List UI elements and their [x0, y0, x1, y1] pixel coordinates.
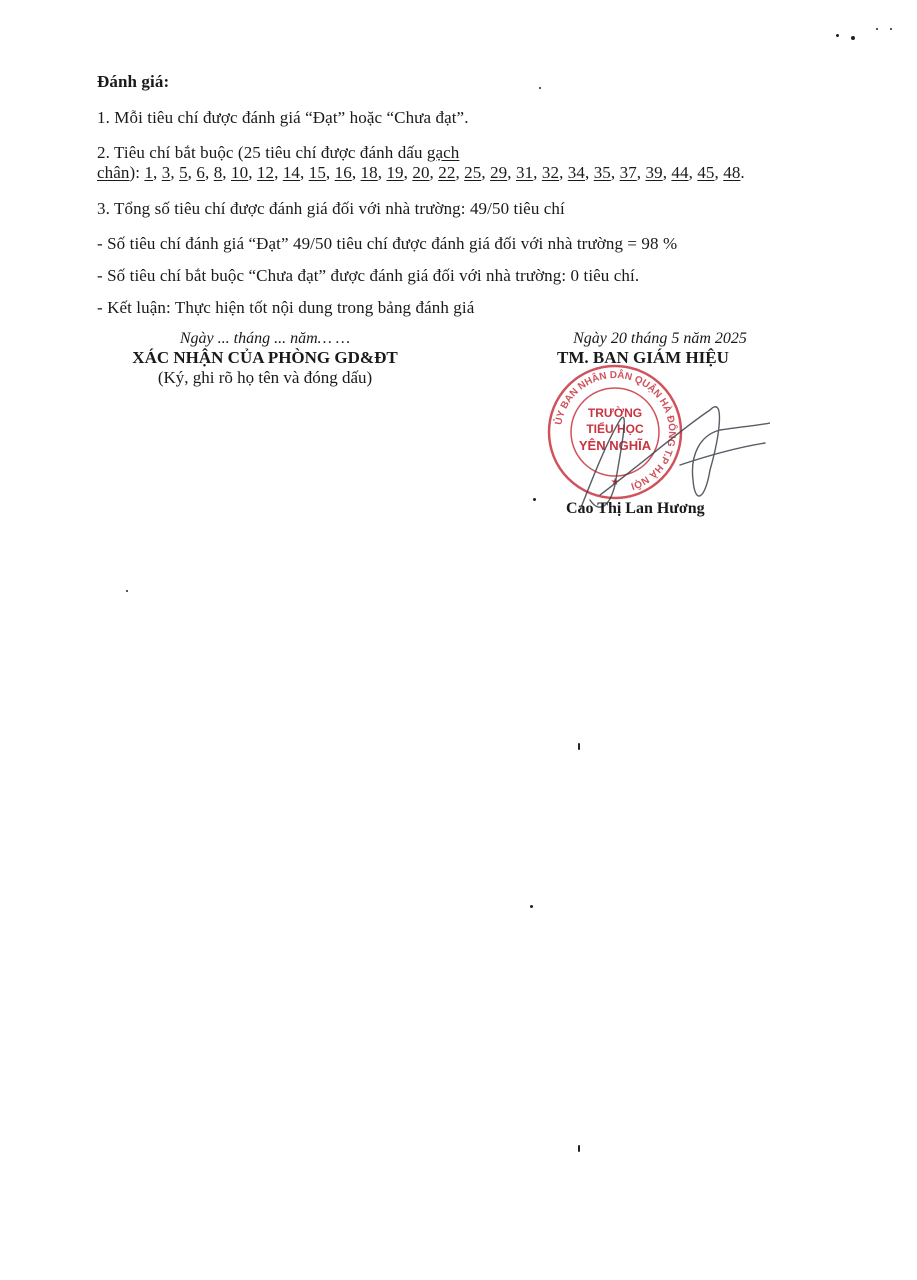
evaluation-conclusion: - Kết luận: Thực hiện tốt nội dung trong…	[97, 298, 474, 318]
criterion-number: 12	[257, 163, 274, 182]
criterion-number: 8	[214, 163, 223, 182]
scan-speck	[836, 34, 839, 37]
criterion-number: 10	[231, 163, 248, 182]
scan-speck	[539, 87, 541, 89]
criterion-number: 5	[179, 163, 188, 182]
criterion-number: 19	[386, 163, 403, 182]
left-date-line: Ngày ... tháng ... năm… …	[110, 330, 420, 348]
criterion-number: 34	[568, 163, 585, 182]
criterion-number: 44	[671, 163, 688, 182]
scan-speck	[578, 743, 580, 750]
scan-speck	[126, 590, 128, 592]
criterion-number: 1	[144, 163, 153, 182]
criterion-number: 16	[335, 163, 352, 182]
criterion-number: 25	[464, 163, 481, 182]
criterion-number: 6	[196, 163, 205, 182]
left-signature-note: (Ký, ghi rõ họ tên và đóng dấu)	[110, 368, 420, 388]
evaluation-bullet-achieved: - Số tiêu chí đánh giá “Đạt” 49/50 tiêu …	[97, 234, 677, 254]
criterion-number: 37	[620, 163, 637, 182]
criterion-number: 32	[542, 163, 559, 182]
item-2-underlined-chan: chân	[97, 163, 130, 182]
evaluation-heading: Đánh giá:	[97, 72, 169, 92]
evaluation-item-3: 3. Tổng số tiêu chí được đánh giá đối vớ…	[97, 199, 565, 219]
criterion-number: 18	[361, 163, 378, 182]
criterion-number: 31	[516, 163, 533, 182]
scan-speck	[533, 498, 536, 501]
item-2-underlined-word: gạch	[427, 143, 460, 162]
criterion-number: 35	[594, 163, 611, 182]
criterion-number: 45	[697, 163, 714, 182]
required-criteria-list: chân): 1, 3, 5, 6, 8, 10, 12, 14, 15, 16…	[97, 163, 745, 183]
criterion-number: 22	[438, 163, 455, 182]
criterion-number: 20	[412, 163, 429, 182]
scan-speck	[851, 36, 855, 40]
evaluation-item-1: 1. Mỗi tiêu chí được đánh giá “Đạt” hoặc…	[97, 108, 469, 128]
scan-speck	[876, 28, 878, 30]
scan-speck	[530, 905, 533, 908]
scan-speck	[578, 1145, 580, 1152]
scan-speck	[890, 28, 892, 30]
criterion-number: 15	[309, 163, 326, 182]
criterion-number: 48	[723, 163, 740, 182]
criterion-number: 39	[646, 163, 663, 182]
item-2-colon: ):	[130, 163, 145, 182]
right-date-line: Ngày 20 tháng 5 năm 2025	[535, 330, 785, 348]
evaluation-item-2: 2. Tiêu chí bắt buộc (25 tiêu chí được đ…	[97, 143, 459, 163]
evaluation-bullet-not-achieved: - Số tiêu chí bắt buộc “Chưa đạt” được đ…	[97, 266, 639, 286]
item-2-prefix: 2. Tiêu chí bắt buộc (25 tiêu chí được đ…	[97, 143, 427, 162]
signer-name: Cao Thị Lan Hương	[566, 500, 705, 518]
criterion-number: 3	[162, 163, 171, 182]
criterion-number: 14	[283, 163, 300, 182]
criteria-numbers: 1, 3, 5, 6, 8, 10, 12, 14, 15, 16, 18, 1…	[144, 163, 744, 182]
criterion-number: 29	[490, 163, 507, 182]
left-signature-block: Ngày ... tháng ... năm… … XÁC NHẬN CỦA P…	[110, 330, 420, 388]
left-signature-title: XÁC NHẬN CỦA PHÒNG GD&ĐT	[110, 348, 420, 368]
